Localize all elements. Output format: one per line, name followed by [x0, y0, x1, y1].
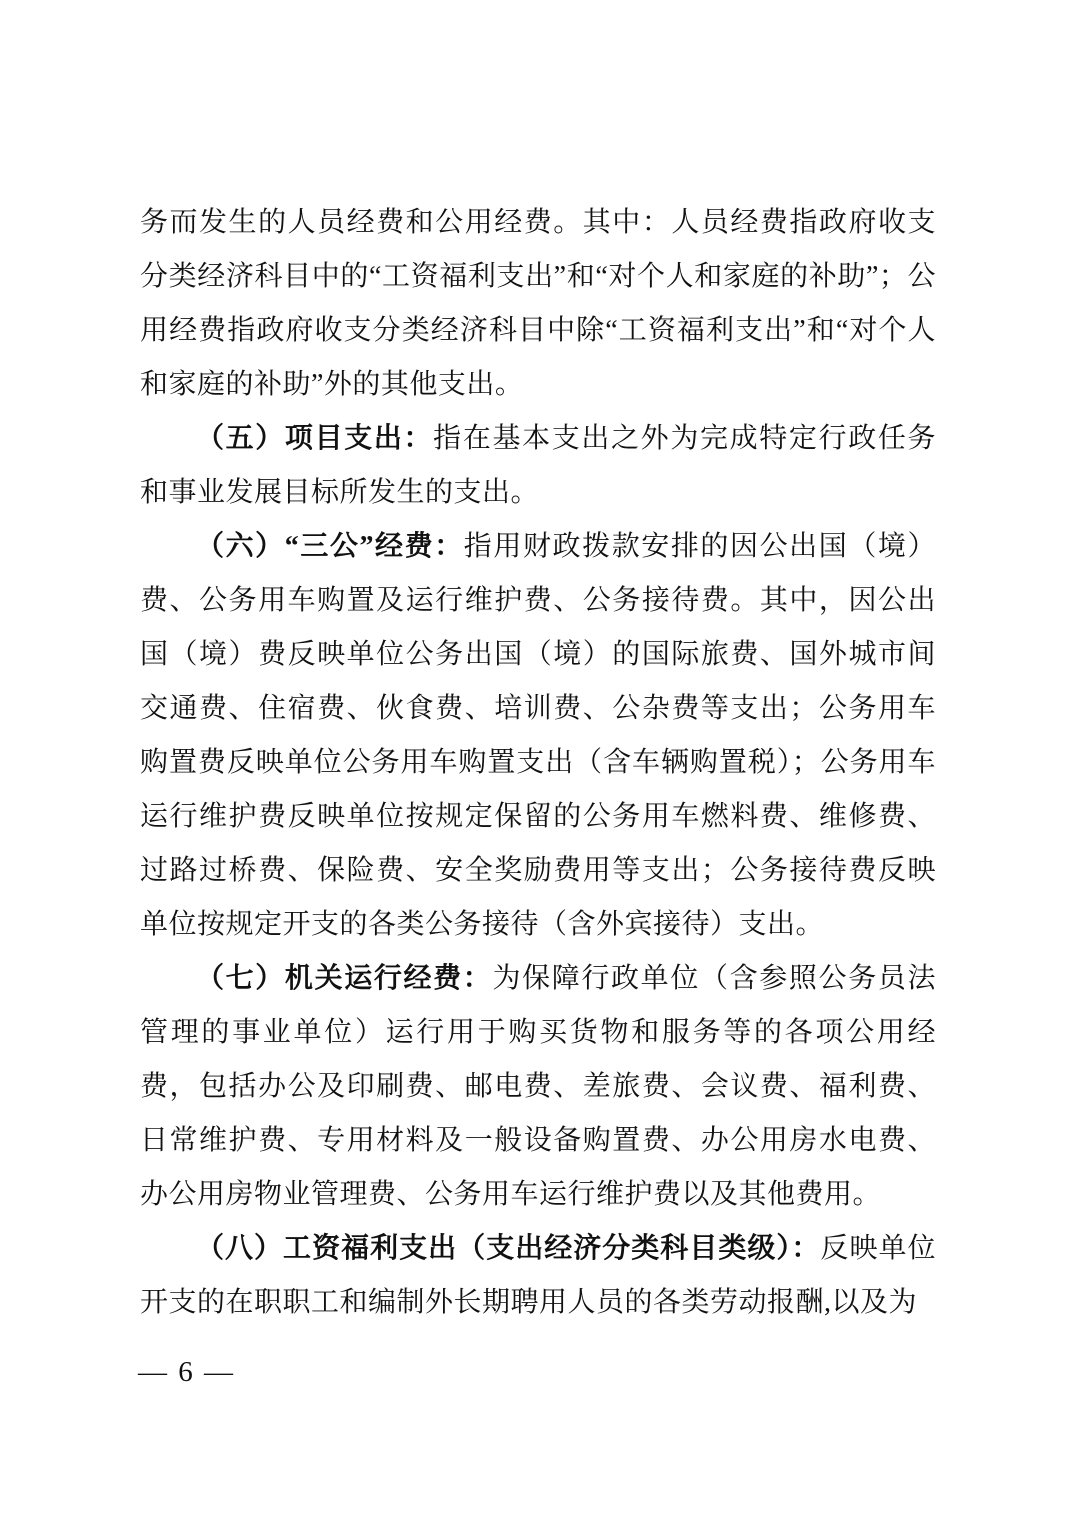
paragraph: （六）“三公”经费：指用财政拨款安排的因公出国（境）费、公务用车购置及运行维护费…	[140, 520, 936, 952]
paragraph: （五）项目支出：指在基本支出之外为完成特定行政任务和事业发展目标所发生的支出。	[140, 412, 936, 520]
term-heading-three-public-funds: （六）“三公”经费：	[196, 531, 464, 562]
term-heading-agency-operating-funds: （七）机关运行经费：	[196, 963, 492, 994]
term-heading-item-support: （五）项目支出：	[196, 423, 433, 454]
page-number: — 6 —	[138, 1345, 235, 1399]
paragraph-text: 务而发生的人员经费和公用经费。其中：人员经费指政府收支分类经济科目中的“工资福利…	[140, 207, 936, 400]
paragraph: （八）工资福利支出（支出经济分类科目类级）：反映单位开支的在职职工和编制外长期聘…	[140, 1222, 936, 1330]
paragraph-text: 指用财政拨款安排的因公出国（境）费、公务用车购置及运行维护费、公务接待费。其中，…	[140, 531, 936, 940]
paragraph: 务而发生的人员经费和公用经费。其中：人员经费指政府收支分类经济科目中的“工资福利…	[140, 196, 936, 412]
document-page: 务而发生的人员经费和公用经费。其中：人员经费指政府收支分类经济科目中的“工资福利…	[0, 0, 1074, 1520]
paragraph-text: 为保障行政单位（含参照公务员法管理的事业单位）运行用于购买货物和服务等的各项公用…	[140, 963, 936, 1210]
term-heading-salary-welfare-expenditure: （八）工资福利支出（支出经济分类科目类级）：	[196, 1233, 820, 1264]
paragraph: （七）机关运行经费：为保障行政单位（含参照公务员法管理的事业单位）运行用于购买货…	[140, 952, 936, 1222]
document-body: 务而发生的人员经费和公用经费。其中：人员经费指政府收支分类经济科目中的“工资福利…	[140, 196, 936, 1330]
